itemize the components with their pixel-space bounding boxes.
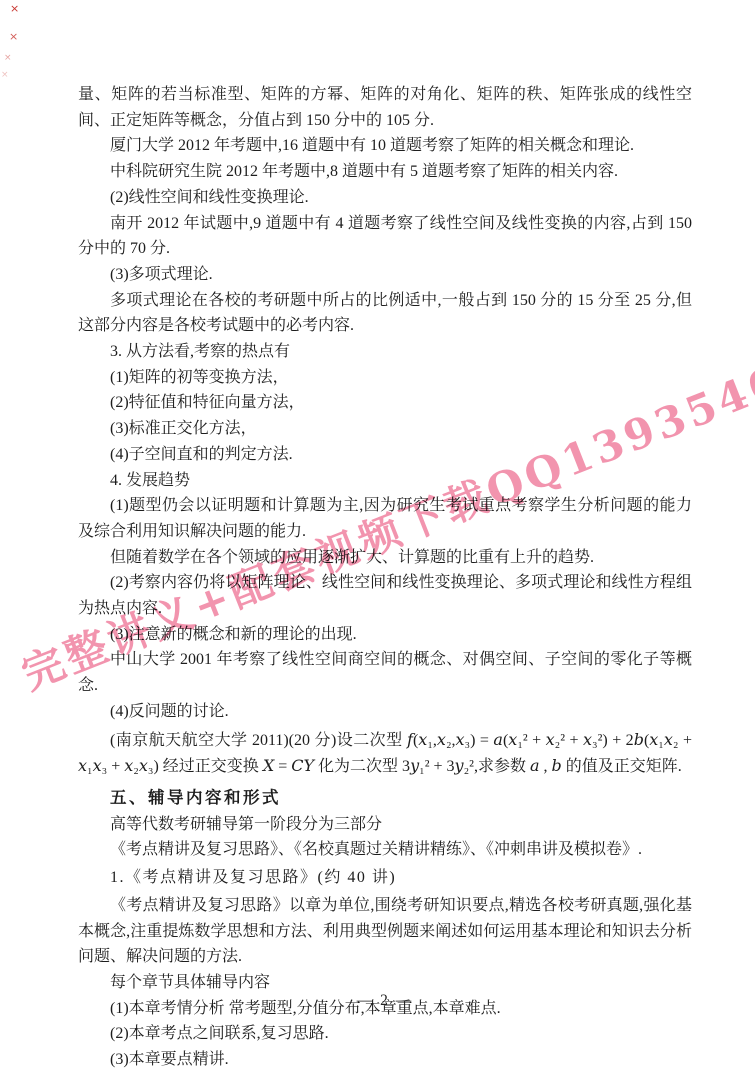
math-variable: x	[546, 730, 555, 749]
math-variable: a	[530, 756, 540, 775]
paragraph: (1)题型仍会以证明题和计算题为主,因为研究生考试重点考察学生分析问题的能力及综…	[78, 493, 692, 544]
math-variable: x	[78, 756, 87, 775]
math-variable: x	[437, 730, 446, 749]
document-page: ×××× 量、矩阵的若当标准型、矩阵的方幂、矩阵的对角化、矩阵的秩、矩阵张成的线…	[0, 0, 755, 1084]
artifact-mark: ×	[1, 70, 9, 81]
paragraph: (3)标准正交化方法，	[78, 416, 692, 442]
paragraph: (3)注意新的概念和新的理论的出现.	[78, 622, 692, 648]
math-paragraph: (南京航天航空大学 2011)(20 分)设二次型 f(x₁,x₂,x₃) = …	[78, 725, 692, 782]
paragraph: (2)考察内容仍将以矩阵理论、线性空间和线性变换理论、多项式理论和线性方程组为热…	[78, 570, 692, 621]
paragraph: 中山大学 2001 年考察了线性空间商空间的概念、对偶空间、子空间的零化子等概念…	[78, 647, 692, 698]
math-variable: x	[508, 730, 517, 749]
paragraph: 厦门大学 2012 年考题中,16 道题中有 10 道题考察了矩阵的相关概念和理…	[78, 133, 692, 159]
paragraph: (3)多项式理论.	[78, 262, 692, 288]
paragraph: 量、矩阵的若当标准型、矩阵的方幂、矩阵的对角化、矩阵的秩、矩阵张成的线性空间、正…	[78, 82, 692, 133]
paragraph: (1)矩阵的初等变换方法，	[78, 365, 692, 391]
math-variable: y	[455, 756, 464, 775]
artifact-mark: ×	[4, 53, 12, 64]
paragraph: (2)本章考点之间联系,复习思路.	[78, 1021, 692, 1047]
paragraph: 多项式理论在各校的考研题中所占的比例适中,一般占到 150 分的 15 分至 2…	[78, 288, 692, 339]
math-variable: x	[456, 730, 465, 749]
paragraph: 中科院研究生院 2012 年考题中,8 道题中有 5 道题考察了矩阵的相关内容.	[78, 159, 692, 185]
math-variable: x	[93, 756, 102, 775]
paragraph: 《考点精讲及复习思路》、《名校真题过关精讲精练》、《冲刺串讲及模拟卷》.	[78, 837, 692, 863]
paragraph: 但随着数学在各个领域的应用逐渐扩大、计算题的比重有上升的趋势.	[78, 545, 692, 571]
page-number: — 2 —	[78, 992, 692, 1010]
math-variable: x	[418, 730, 427, 749]
paragraph: (4)反问题的讨论.	[78, 699, 692, 725]
math-variable: b	[552, 756, 562, 775]
section-heading: 五、辅导内容和形式	[78, 782, 692, 812]
paragraph: (4)子空间直和的判定方法.	[78, 442, 692, 468]
math-variable: x	[649, 730, 658, 749]
artifact-mark: ×	[10, 3, 19, 14]
math-variable: X	[263, 756, 274, 775]
math-variable: y	[410, 756, 419, 775]
artifact-mark: ×	[9, 31, 18, 42]
paragraph: (2)特征值和特征向量方法，	[78, 390, 692, 416]
paragraph: 高等代数考研辅导第一阶段分为三部分	[78, 812, 692, 838]
math-variable: x	[124, 756, 133, 775]
paragraph: 《考点精讲及复习思路》以章为单位,围绕考研知识要点,精选各校考研真题,强化基本概…	[78, 893, 692, 970]
paragraph: 4. 发展趋势	[78, 468, 692, 494]
paragraph: (2)线性空间和线性变换理论.	[78, 185, 692, 211]
document-body: 量、矩阵的若当标准型、矩阵的方幂、矩阵的对角化、矩阵的秩、矩阵张成的线性空间、正…	[78, 82, 692, 1073]
paragraph: (3)本章要点精讲.	[78, 1047, 692, 1073]
paragraph: 1.《考点精讲及复习思路》(约 40 讲)	[78, 863, 692, 893]
paragraph: 南开 2012 年试题中,9 道题中有 4 道题考察了线性空间及线性变换的内容,…	[78, 211, 692, 262]
math-variable: CY	[291, 756, 314, 775]
math-variable: x	[664, 730, 673, 749]
math-variable: a	[493, 730, 503, 749]
paragraph: 3. 从方法看,考察的热点有	[78, 339, 692, 365]
math-variable: x	[583, 730, 592, 749]
math-variable: b	[634, 730, 644, 749]
math-variable: x	[139, 756, 148, 775]
